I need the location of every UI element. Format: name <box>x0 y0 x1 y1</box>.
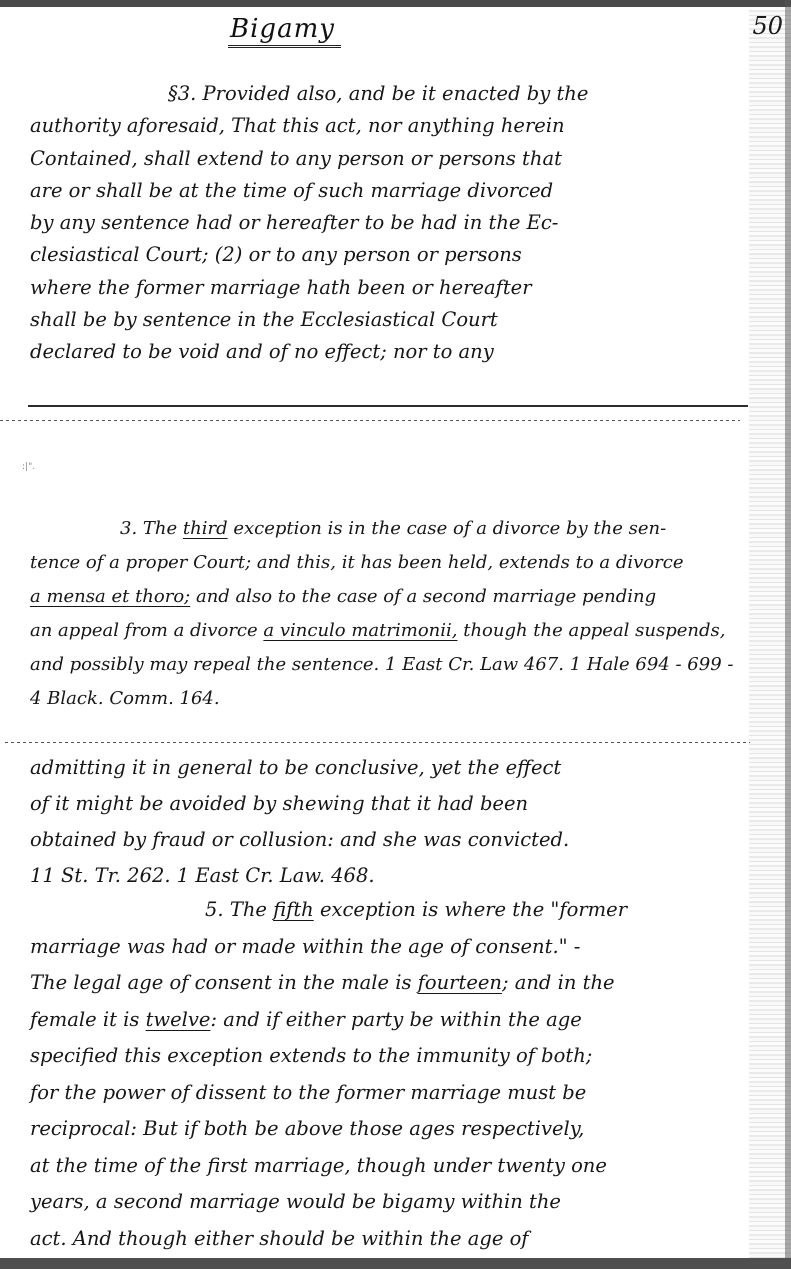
underlined-term: fourteen <box>418 971 502 994</box>
fifth-exception-line: years, a second marriage would be bigamy… <box>30 1184 740 1221</box>
paper-overlay-edge <box>0 420 740 421</box>
page-number: 50 <box>752 12 783 40</box>
page-title: Bigamy <box>228 14 341 48</box>
underlined-term: twelve <box>146 1008 211 1031</box>
manuscript-page: Bigamy 50 §3. Provided also, and be it e… <box>0 0 791 1269</box>
fifth-exception-line: specified this exception extends to the … <box>30 1038 740 1075</box>
fifth-exception-line: for the power of dissent to the former m… <box>30 1075 740 1112</box>
statute-line: clesiastical Court; (2) or to any person… <box>30 239 740 271</box>
fifth-exception-line: 5. The fifth exception is where the "for… <box>30 892 740 929</box>
fifth-exception-line: at the time of the first marriage, thoug… <box>30 1148 740 1185</box>
paper-overlay-edge <box>5 742 750 743</box>
statute-line: §3. Provided also, and be it enacted by … <box>30 78 740 110</box>
underlined-term: fifth <box>273 898 314 921</box>
citation-line: 4 Black. Comm. 164. <box>30 682 775 716</box>
citation-line: 11 St. Tr. 262. 1 East Cr. Law. 468. <box>30 858 740 894</box>
third-exception-line: an appeal from a divorce a vinculo matri… <box>30 614 775 648</box>
statute-line: where the former marriage hath been or h… <box>30 272 740 304</box>
underlined-term: third <box>183 518 228 539</box>
continuation-paragraph: admitting it in general to be conclusive… <box>30 750 740 894</box>
underlined-term: a vinculo matrimonii, <box>263 620 457 641</box>
statute-line: declared to be void and of no effect; no… <box>30 336 740 368</box>
continuation-line: admitting it in general to be conclusive… <box>30 750 740 786</box>
scan-top-border <box>0 0 791 7</box>
third-exception-paragraph: 3. The third exception is in the case of… <box>30 512 775 716</box>
scan-right-edge-shadow <box>785 0 791 1269</box>
fifth-exception-line: marriage was had or made within the age … <box>30 929 740 966</box>
statute-paragraph: §3. Provided also, and be it enacted by … <box>30 78 740 369</box>
third-exception-line: a mensa et thoro; and also to the case o… <box>30 580 775 614</box>
scan-bottom-border <box>0 1258 791 1269</box>
statute-line: are or shall be at the time of such marr… <box>30 175 740 207</box>
third-exception-line: tence of a proper Court; and this, it ha… <box>30 546 775 580</box>
fifth-exception-paragraph: 5. The fifth exception is where the "for… <box>30 892 740 1257</box>
citation-line: and possibly may repeal the sentence. 1 … <box>30 648 775 682</box>
fifth-exception-line: reciprocal: But if both be above those a… <box>30 1111 740 1148</box>
continuation-line: obtained by fraud or collusion: and she … <box>30 822 740 858</box>
continuation-line: of it might be avoided by shewing that i… <box>30 786 740 822</box>
statute-line: authority aforesaid, That this act, nor … <box>30 110 740 142</box>
statute-line: shall be by sentence in the Ecclesiastic… <box>30 304 740 336</box>
paper-overlay-edge <box>28 405 748 407</box>
fifth-exception-line: The legal age of consent in the male is … <box>30 965 740 1002</box>
statute-line: by any sentence had or hereafter to be h… <box>30 207 740 239</box>
fifth-exception-line: act. And though either should be within … <box>30 1221 740 1258</box>
cut-off-text-fragment <box>0 412 791 426</box>
third-exception-line: 3. The third exception is in the case of… <box>30 512 775 546</box>
statute-line: Contained, shall extend to any person or… <box>30 143 740 175</box>
margin-mark: :|". <box>22 462 35 472</box>
underlined-term: a mensa et thoro; <box>30 586 190 607</box>
fifth-exception-line: female it is twelve: and if either party… <box>30 1002 740 1039</box>
